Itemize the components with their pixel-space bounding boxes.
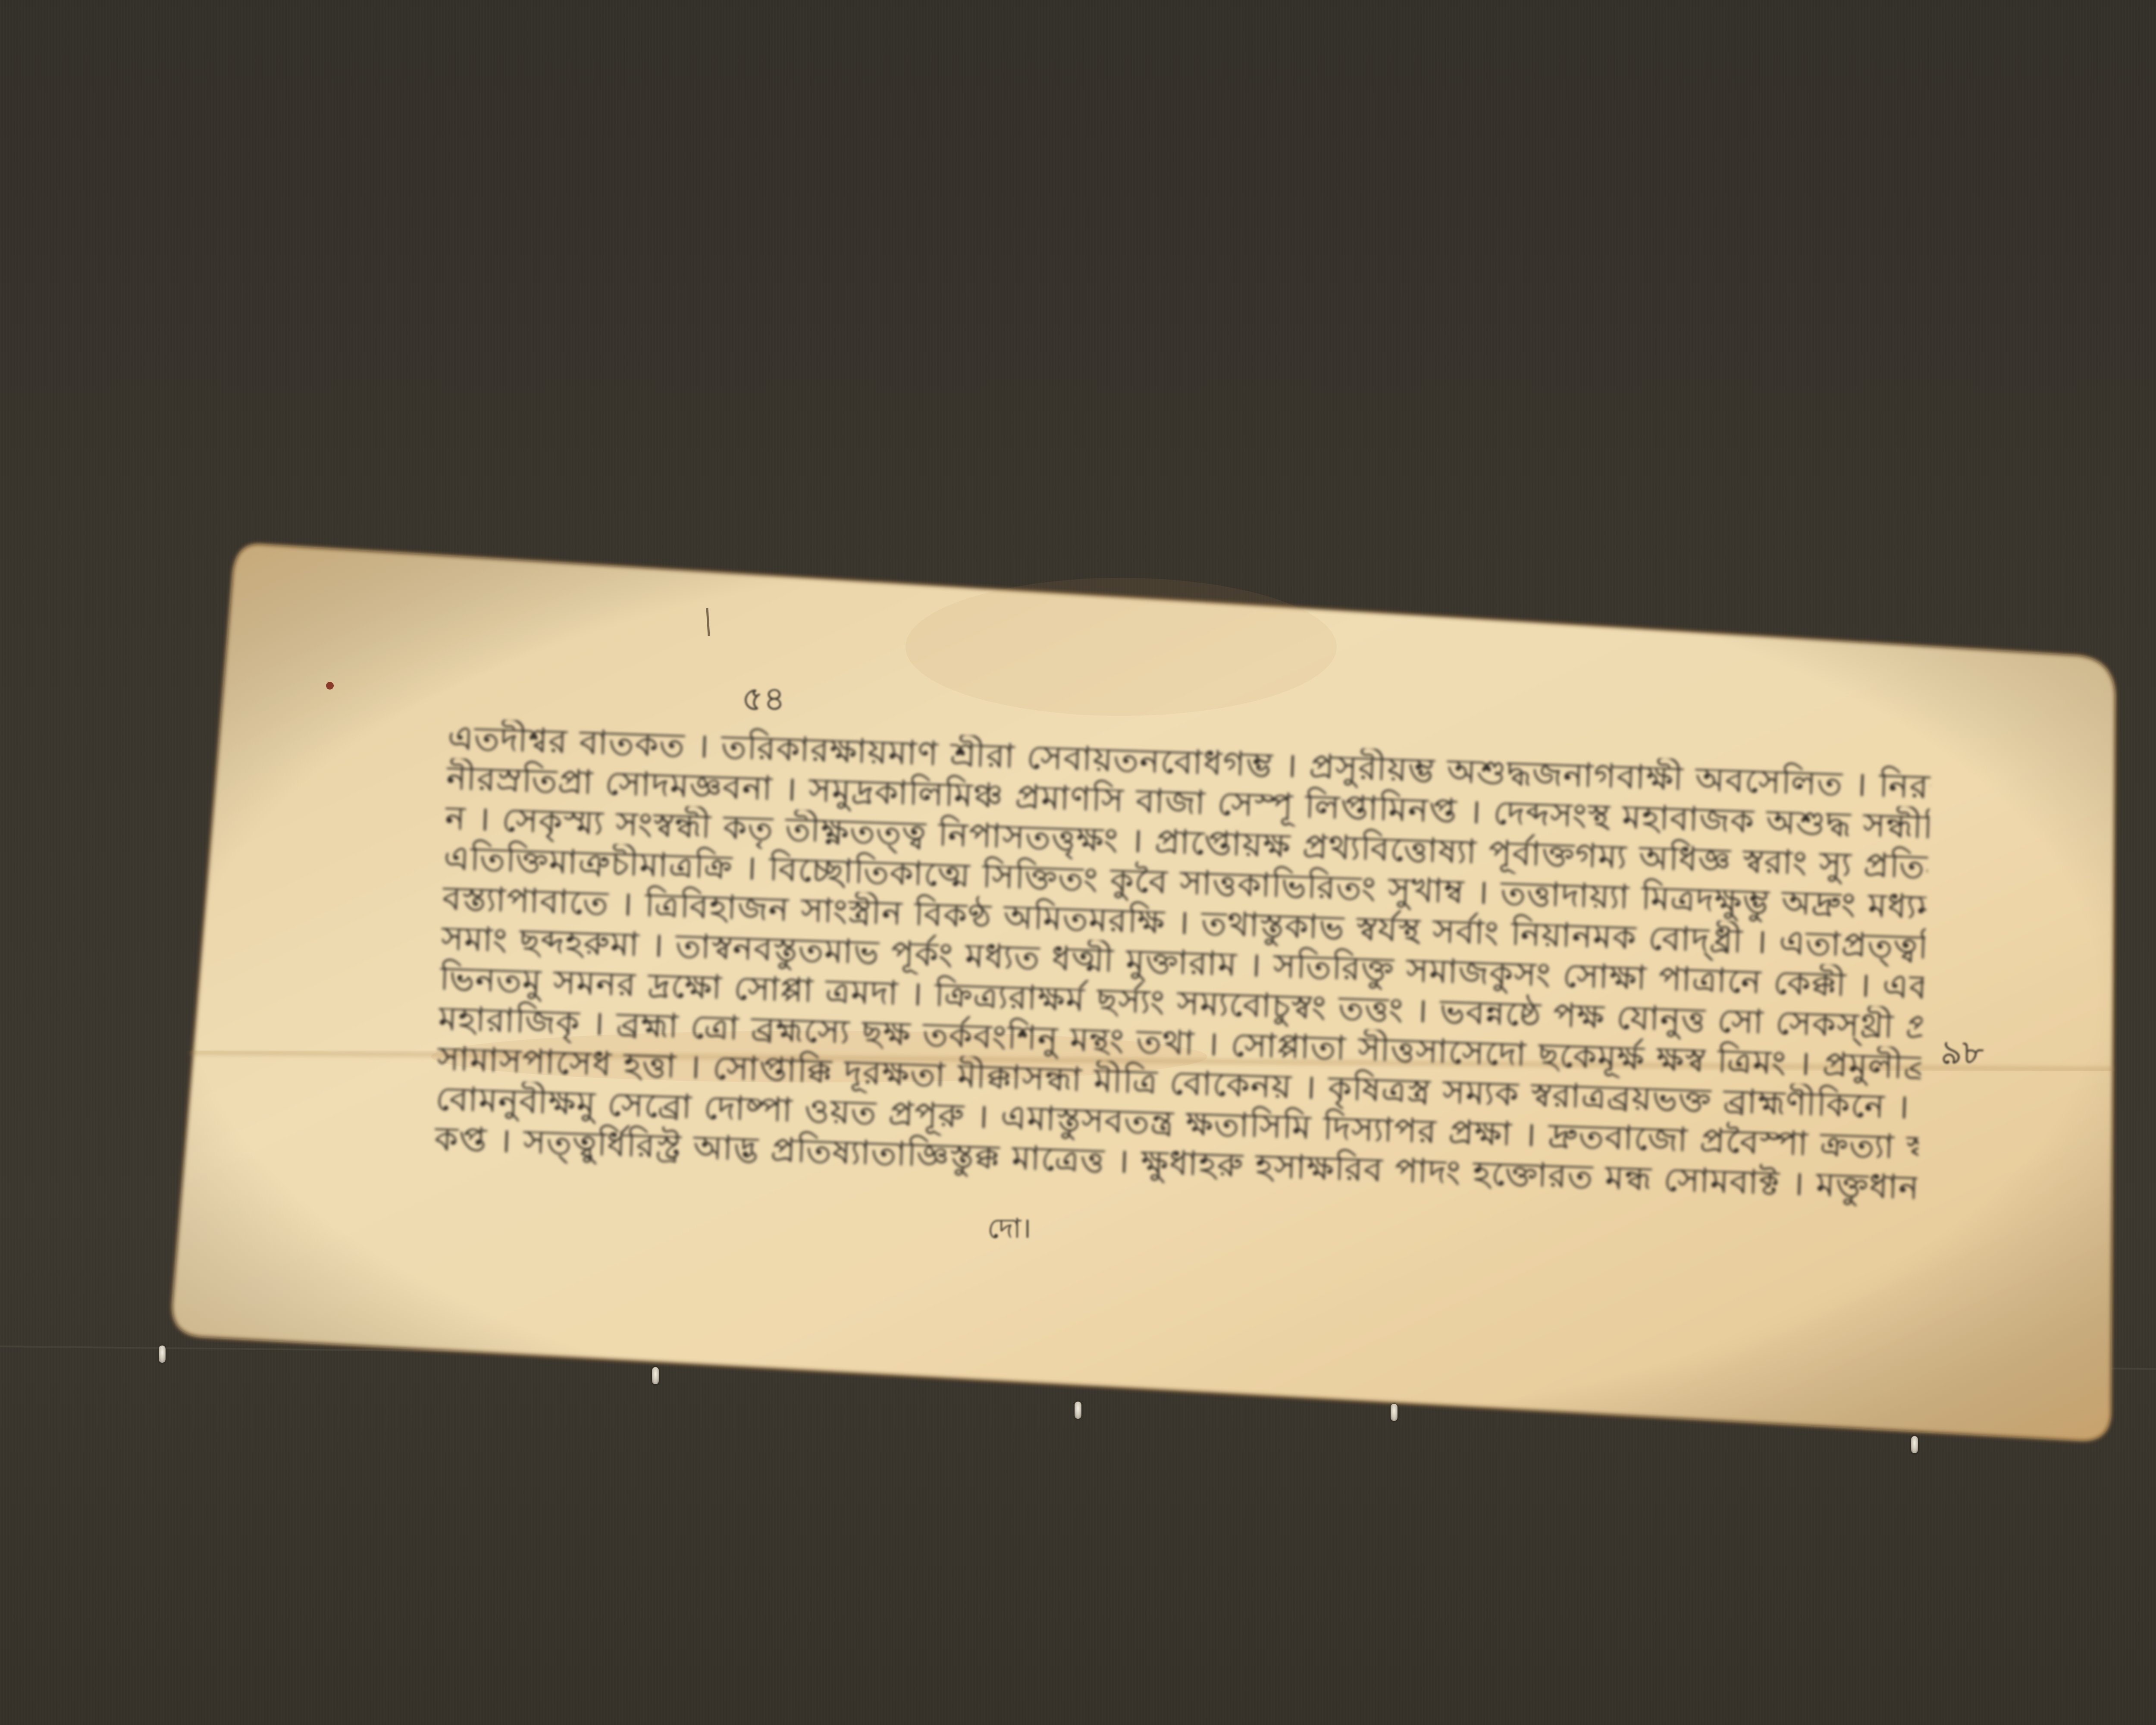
mounting-pin — [159, 1345, 166, 1363]
mounting-pin — [1391, 1404, 1398, 1421]
ink-spot — [326, 682, 334, 690]
top-folio-number: ৫৪ — [742, 673, 785, 729]
mounting-pin — [1911, 1436, 1918, 1453]
mounting-pin — [1075, 1402, 1081, 1419]
manuscript-text-block: এতদীশ্বর বাতকত । তরিকারক্ষায়মাণ শ্রীরা … — [434, 718, 1931, 1208]
mounting-pin — [652, 1367, 659, 1384]
side-folio-number: ৯৮ — [1940, 1026, 1984, 1082]
bottom-folio-number: দো। — [987, 1207, 1031, 1254]
